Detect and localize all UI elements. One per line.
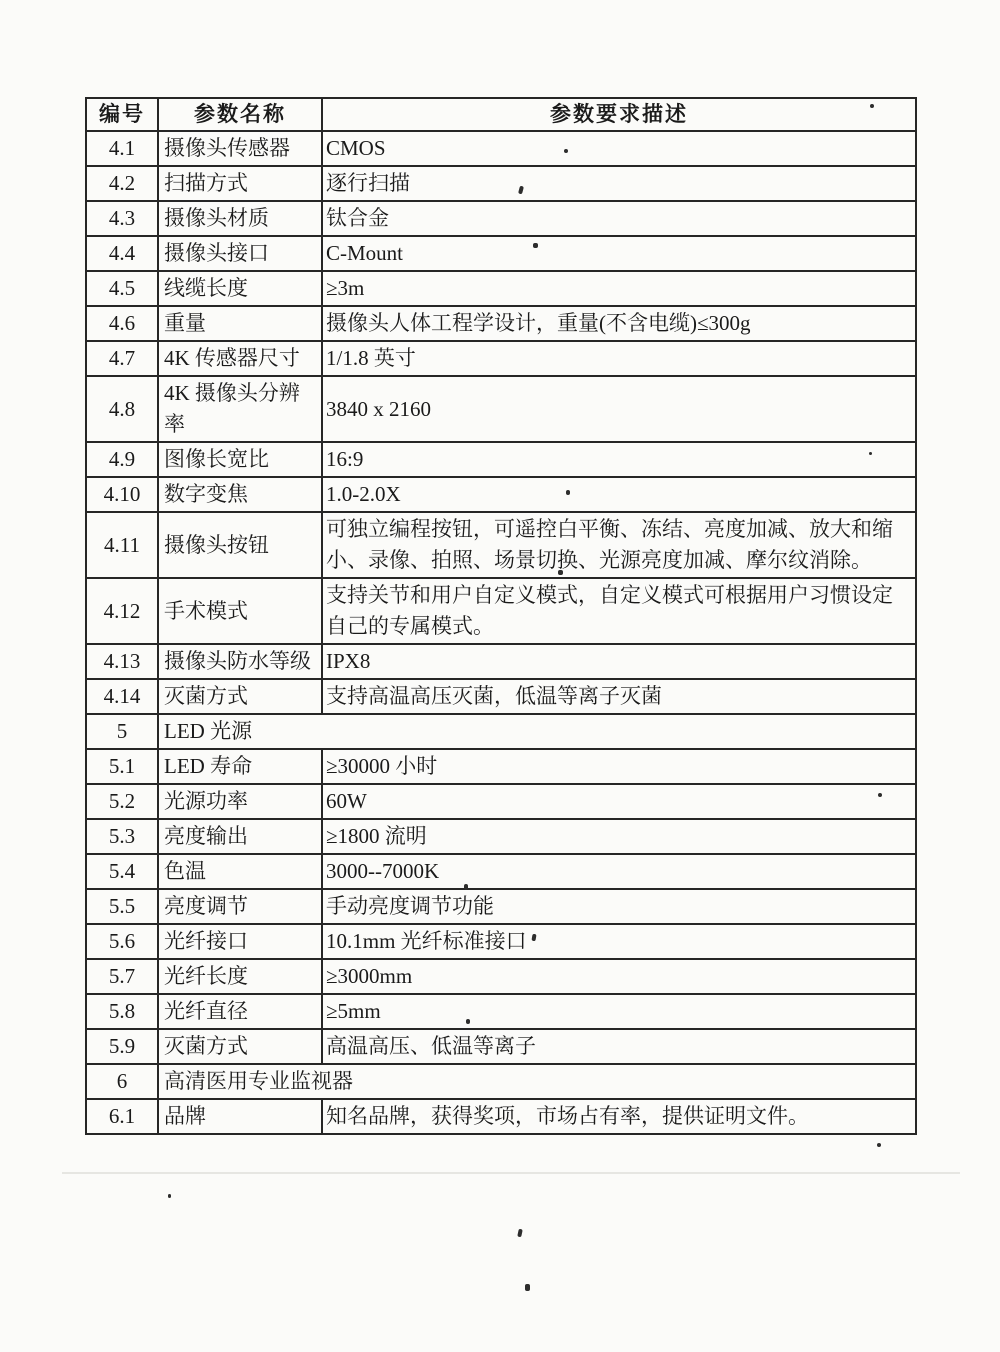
cell-parameter-description: ≥3m xyxy=(322,271,916,306)
scan-artifact-dot xyxy=(525,1284,530,1291)
cell-row-number: 5 xyxy=(86,714,158,749)
scan-artifact-dot xyxy=(870,104,874,108)
cell-row-number: 4.4 xyxy=(86,236,158,271)
scan-artifact-dot xyxy=(869,452,872,455)
scan-artifact-dot xyxy=(564,149,568,153)
scan-artifact-dot xyxy=(466,1019,470,1024)
cell-row-number: 4.12 xyxy=(86,578,158,644)
cell-parameter-description: 逐行扫描 xyxy=(322,166,916,201)
cell-parameter-name: 灭菌方式 xyxy=(158,1029,322,1064)
cell-parameter-name: 摄像头材质 xyxy=(158,201,322,236)
cell-row-number: 5.2 xyxy=(86,784,158,819)
cell-parameter-name: 光源功率 xyxy=(158,784,322,819)
cell-parameter-description: CMOS xyxy=(322,131,916,166)
cell-row-number: 4.2 xyxy=(86,166,158,201)
cell-parameter-name: 光纤长度 xyxy=(158,959,322,994)
cell-parameter-name: 灭菌方式 xyxy=(158,679,322,714)
scan-artifact-dot xyxy=(877,1143,881,1147)
scan-artifact-dot xyxy=(566,490,570,495)
cell-parameter-description: ≥5mm xyxy=(322,994,916,1029)
cell-row-number: 4.10 xyxy=(86,477,158,512)
table-row: 5.2光源功率60W xyxy=(86,784,916,819)
cell-parameter-description: 钛合金 xyxy=(322,201,916,236)
spec-table-body: 4.1摄像头传感器CMOS4.2扫描方式逐行扫描4.3摄像头材质钛合金4.4摄像… xyxy=(86,131,916,1134)
cell-parameter-name: 摄像头接口 xyxy=(158,236,322,271)
cell-section-title: LED 光源 xyxy=(158,714,916,749)
table-row: 5.9灭菌方式高温高压、低温等离子 xyxy=(86,1029,916,1064)
header-col-number: 编号 xyxy=(86,98,158,131)
header-col-requirement: 参数要求描述 xyxy=(322,98,916,131)
cell-parameter-name: 色温 xyxy=(158,854,322,889)
cell-parameter-description: 手动亮度调节功能 xyxy=(322,889,916,924)
cell-row-number: 5.7 xyxy=(86,959,158,994)
cell-row-number: 4.1 xyxy=(86,131,158,166)
table-row: 5.8光纤直径≥5mm xyxy=(86,994,916,1029)
cell-parameter-name: 扫描方式 xyxy=(158,166,322,201)
cell-parameter-name: 图像长宽比 xyxy=(158,442,322,477)
scan-artifact-dot xyxy=(517,1229,523,1238)
table-row: 4.2扫描方式逐行扫描 xyxy=(86,166,916,201)
header-row: 编号 参数名称 参数要求描述 xyxy=(86,98,916,131)
cell-row-number: 4.13 xyxy=(86,644,158,679)
scan-shadow-line xyxy=(62,1172,960,1174)
cell-parameter-description: ≥3000mm xyxy=(322,959,916,994)
table-row: 5.4色温3000--7000K xyxy=(86,854,916,889)
table-row: 5.5亮度调节手动亮度调节功能 xyxy=(86,889,916,924)
cell-parameter-description: C-Mount xyxy=(322,236,916,271)
cell-parameter-name: 4K 传感器尺寸 xyxy=(158,341,322,376)
cell-row-number: 4.6 xyxy=(86,306,158,341)
scan-artifact-dot xyxy=(168,1194,171,1198)
cell-parameter-name: 摄像头传感器 xyxy=(158,131,322,166)
table-row: 4.5线缆长度≥3m xyxy=(86,271,916,306)
cell-parameter-description: 支持关节和用户自定义模式，自定义模式可根据用户习惯设定自己的专属模式。 xyxy=(322,578,916,644)
cell-parameter-name: 光纤接口 xyxy=(158,924,322,959)
table-row: 4.84K 摄像头分辨率3840 x 2160 xyxy=(86,376,916,442)
header-col-parameter-name: 参数名称 xyxy=(158,98,322,131)
cell-row-number: 5.9 xyxy=(86,1029,158,1064)
table-row: 4.14灭菌方式支持高温高压灭菌，低温等离子灭菌 xyxy=(86,679,916,714)
scan-artifact-dot xyxy=(464,884,468,890)
scanned-document-page: 编号 参数名称 参数要求描述 4.1摄像头传感器CMOS4.2扫描方式逐行扫描4… xyxy=(0,0,1000,1352)
table-row: 5.3亮度输出≥1800 流明 xyxy=(86,819,916,854)
cell-parameter-description: 3840 x 2160 xyxy=(322,376,916,442)
cell-row-number: 6 xyxy=(86,1064,158,1099)
table-row: 4.11摄像头按钮可独立编程按钮，可遥控白平衡、冻结、亮度加减、放大和缩小、录像… xyxy=(86,512,916,578)
table-row: 4.3摄像头材质钛合金 xyxy=(86,201,916,236)
table-row: 5.7光纤长度≥3000mm xyxy=(86,959,916,994)
cell-parameter-name: LED 寿命 xyxy=(158,749,322,784)
cell-parameter-description: 3000--7000K xyxy=(322,854,916,889)
cell-parameter-description: 知名品牌，获得奖项，市场占有率，提供证明文件。 xyxy=(322,1099,916,1134)
cell-row-number: 5.6 xyxy=(86,924,158,959)
cell-row-number: 4.11 xyxy=(86,512,158,578)
table-row: 5.1LED 寿命≥30000 小时 xyxy=(86,749,916,784)
cell-row-number: 4.3 xyxy=(86,201,158,236)
cell-parameter-description: ≥30000 小时 xyxy=(322,749,916,784)
table-row: 4.9图像长宽比16:9 xyxy=(86,442,916,477)
cell-row-number: 4.9 xyxy=(86,442,158,477)
table-row: 4.12手术模式支持关节和用户自定义模式，自定义模式可根据用户习惯设定自己的专属… xyxy=(86,578,916,644)
cell-parameter-name: 亮度输出 xyxy=(158,819,322,854)
table-row: 4.1摄像头传感器CMOS xyxy=(86,131,916,166)
section-row: 5LED 光源 xyxy=(86,714,916,749)
cell-row-number: 5.5 xyxy=(86,889,158,924)
cell-row-number: 5.8 xyxy=(86,994,158,1029)
cell-parameter-description: 1/1.8 英寸 xyxy=(322,341,916,376)
cell-parameter-description: 1.0-2.0X xyxy=(322,477,916,512)
cell-parameter-name: 手术模式 xyxy=(158,578,322,644)
cell-parameter-name: 数字变焦 xyxy=(158,477,322,512)
cell-row-number: 4.7 xyxy=(86,341,158,376)
cell-parameter-description: 高温高压、低温等离子 xyxy=(322,1029,916,1064)
table-row: 5.6光纤接口10.1mm 光纤标准接口 xyxy=(86,924,916,959)
table-row: 4.6重量摄像头人体工程学设计，重量(不含电缆)≤300g xyxy=(86,306,916,341)
scan-artifact-dot xyxy=(558,570,563,575)
section-row: 6高清医用专业监视器 xyxy=(86,1064,916,1099)
scan-artifact-dot xyxy=(878,793,882,797)
cell-parameter-description: 支持高温高压灭菌，低温等离子灭菌 xyxy=(322,679,916,714)
cell-parameter-name: 光纤直径 xyxy=(158,994,322,1029)
cell-parameter-description: IPX8 xyxy=(322,644,916,679)
cell-parameter-name: 4K 摄像头分辨率 xyxy=(158,376,322,442)
table-row: 4.74K 传感器尺寸1/1.8 英寸 xyxy=(86,341,916,376)
cell-parameter-name: 品牌 xyxy=(158,1099,322,1134)
cell-row-number: 5.4 xyxy=(86,854,158,889)
cell-parameter-name: 重量 xyxy=(158,306,322,341)
table-row: 6.1品牌知名品牌，获得奖项，市场占有率，提供证明文件。 xyxy=(86,1099,916,1134)
cell-parameter-description: 60W xyxy=(322,784,916,819)
cell-row-number: 5.3 xyxy=(86,819,158,854)
cell-row-number: 4.8 xyxy=(86,376,158,442)
cell-row-number: 4.14 xyxy=(86,679,158,714)
cell-parameter-description: 10.1mm 光纤标准接口 xyxy=(322,924,916,959)
cell-section-title: 高清医用专业监视器 xyxy=(158,1064,916,1099)
cell-parameter-name: 摄像头按钮 xyxy=(158,512,322,578)
cell-parameter-description: 16:9 xyxy=(322,442,916,477)
table-row: 4.13摄像头防水等级IPX8 xyxy=(86,644,916,679)
cell-parameter-name: 亮度调节 xyxy=(158,889,322,924)
cell-row-number: 4.5 xyxy=(86,271,158,306)
cell-parameter-description: ≥1800 流明 xyxy=(322,819,916,854)
table-row: 4.10数字变焦1.0-2.0X xyxy=(86,477,916,512)
cell-parameter-name: 线缆长度 xyxy=(158,271,322,306)
cell-parameter-description: 可独立编程按钮，可遥控白平衡、冻结、亮度加减、放大和缩小、录像、拍照、场景切换、… xyxy=(322,512,916,578)
cell-parameter-name: 摄像头防水等级 xyxy=(158,644,322,679)
table-row: 4.4摄像头接口C-Mount xyxy=(86,236,916,271)
cell-parameter-description: 摄像头人体工程学设计，重量(不含电缆)≤300g xyxy=(322,306,916,341)
scan-artifact-dot xyxy=(533,243,538,248)
cell-row-number: 5.1 xyxy=(86,749,158,784)
spec-table: 编号 参数名称 参数要求描述 4.1摄像头传感器CMOS4.2扫描方式逐行扫描4… xyxy=(85,97,917,1135)
cell-row-number: 6.1 xyxy=(86,1099,158,1134)
